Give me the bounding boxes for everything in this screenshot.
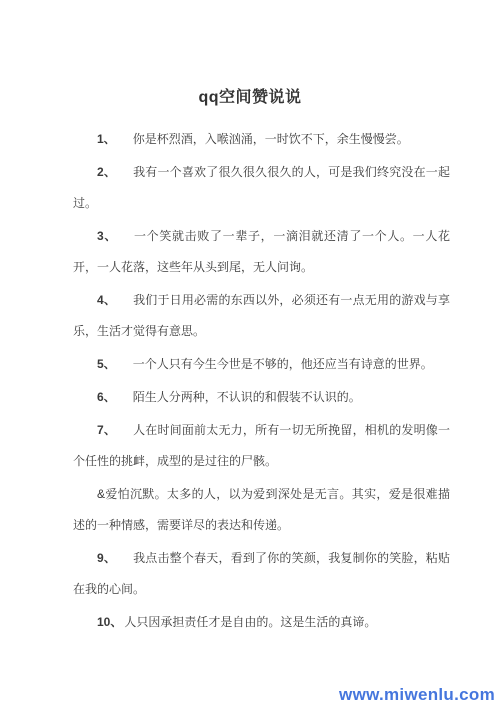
list-item: 4、我们于日用必需的东西以外，必须还有一点无用的游戏与享乐，生活才觉得有意思。 — [73, 285, 450, 347]
list-item: &爱怕沉默。太多的人，以为爱到深处是无言。其实，爱是很难描述的一种情感，需要详尽… — [73, 479, 450, 541]
list-item: 9、我点击整个春天，看到了你的笑颜，我复制你的笑脸，粘贴在我的心间。 — [73, 543, 450, 605]
item-text: &爱怕沉默。太多的人，以为爱到深处是无言。其实，爱是很难描述的一种情感，需要详尽… — [73, 487, 450, 532]
item-text: 一个人只有今生今世是不够的，他还应当有诗意的世界。 — [133, 357, 433, 371]
item-number: 3、 — [97, 229, 117, 243]
item-text: 你是杯烈酒，入喉汹涌，一时饮不下，余生慢慢尝。 — [133, 132, 409, 146]
item-number: 7、 — [97, 423, 116, 437]
item-text: 一个笑就击败了一辈子，一滴泪就还清了一个人。一人花开，一人花落，这些年从头到尾，… — [73, 229, 450, 274]
list-item: 1、你是杯烈酒，入喉汹涌，一时饮不下，余生慢慢尝。 — [73, 124, 450, 155]
item-number: 4、 — [97, 293, 116, 307]
item-text: 人只因承担责任才是自由的。这是生活的真谛。 — [124, 615, 376, 629]
item-text: 人在时间面前太无力，所有一切无所挽留，相机的发明像一个任性的挑衅，成型的是过往的… — [73, 423, 450, 468]
list-item: 2、我有一个喜欢了很久很久很久的人，可是我们终究没在一起过。 — [73, 157, 450, 219]
list-item: 10、人只因承担责任才是自由的。这是生活的真谛。 — [73, 607, 450, 638]
page-title: qq空间赞说说 — [0, 0, 500, 107]
item-text: 我们于日用必需的东西以外，必须还有一点无用的游戏与享乐，生活才觉得有意思。 — [73, 293, 450, 338]
list-item: 5、一个人只有今生今世是不够的，他还应当有诗意的世界。 — [73, 349, 450, 380]
quote-list: 1、你是杯烈酒，入喉汹涌，一时饮不下，余生慢慢尝。 2、我有一个喜欢了很久很久很… — [0, 124, 500, 638]
item-number: 9、 — [97, 551, 116, 565]
list-item: 3、一个笑就击败了一辈子，一滴泪就还清了一个人。一人花开，一人花落，这些年从头到… — [73, 221, 450, 283]
item-number: 2、 — [97, 165, 116, 179]
watermark-url: www.miwenlu.com — [339, 685, 495, 705]
item-number: 1、 — [97, 132, 116, 146]
list-item: 6、陌生人分两种，不认识的和假装不认识的。 — [73, 382, 450, 413]
item-number: 5、 — [97, 357, 116, 371]
item-text: 我有一个喜欢了很久很久很久的人，可是我们终究没在一起过。 — [73, 165, 450, 210]
item-number: 10、 — [97, 615, 122, 629]
document-page: qq空间赞说说 1、你是杯烈酒，入喉汹涌，一时饮不下，余生慢慢尝。 2、我有一个… — [0, 0, 500, 708]
list-item: 7、人在时间面前太无力，所有一切无所挽留，相机的发明像一个任性的挑衅，成型的是过… — [73, 415, 450, 477]
item-text: 我点击整个春天，看到了你的笑颜，我复制你的笑脸，粘贴在我的心间。 — [73, 551, 450, 596]
item-text: 陌生人分两种，不认识的和假装不认识的。 — [133, 390, 361, 404]
item-number: 6、 — [97, 390, 116, 404]
